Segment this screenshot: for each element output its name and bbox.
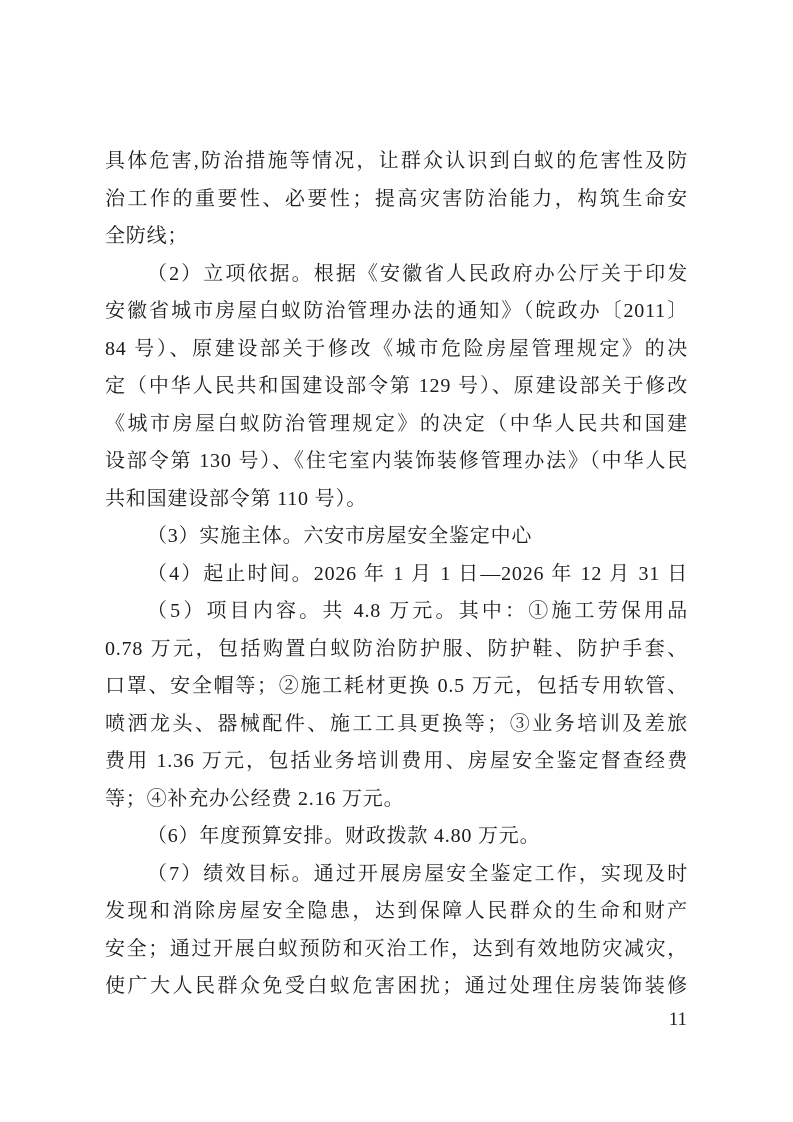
text-line: 具体危害,防治措施等情况，让群众认识到白蚁的危害性及防 <box>105 143 688 181</box>
text-line: 全防线； <box>105 218 688 256</box>
text-line: （5）项目内容。共 4.8 万元。其中：①施工劳保用品 <box>105 593 688 631</box>
text-line: 共和国建设部令第 110 号）。 <box>105 481 688 519</box>
text-line: 定（中华人民共和国建设部令第 129 号）、原建设部关于修改 <box>105 368 688 406</box>
text-line: 治工作的重要性、必要性；提高灾害防治能力，构筑生命安 <box>105 181 688 219</box>
text-line: （2）立项依据。根据《安徽省人民政府办公厅关于印发 <box>105 256 688 294</box>
text-line: 《城市房屋白蚁防治管理规定》的决定（中华人民共和国建 <box>105 406 688 444</box>
text-line: 安徽省城市房屋白蚁防治管理办法的通知》（皖政办〔2011〕 <box>105 293 688 331</box>
text-line: 费用 1.36 万元，包括业务培训费用、房屋安全鉴定督查经费 <box>105 743 688 781</box>
document-page: 具体危害,防治措施等情况，让群众认识到白蚁的危害性及防 治工作的重要性、必要性；… <box>0 0 793 1122</box>
text-line: （6）年度预算安排。财政拨款 4.80 万元。 <box>105 818 688 856</box>
text-line: 口罩、安全帽等；②施工耗材更换 0.5 万元，包括专用软管、 <box>105 668 688 706</box>
text-line: （4）起止时间。2026 年 1 月 1 日—2026 年 12 月 31 日 <box>105 556 688 594</box>
text-line: 等；④补充办公经费 2.16 万元。 <box>105 781 688 819</box>
text-line: 发现和消除房屋安全隐患，达到保障人民群众的生命和财产 <box>105 893 688 931</box>
text-line: 喷洒龙头、器械配件、施工工具更换等；③业务培训及差旅 <box>105 706 688 744</box>
document-body: 具体危害,防治措施等情况，让群众认识到白蚁的危害性及防 治工作的重要性、必要性；… <box>0 0 793 1006</box>
page-number: 11 <box>0 1008 793 1032</box>
text-line: 设部令第 130 号）、《住宅室内装饰装修管理办法》（中华人民 <box>105 443 688 481</box>
text-line: 安全；通过开展白蚁预防和灭治工作，达到有效地防灾减灾， <box>105 931 688 969</box>
text-line: （3）实施主体。六安市房屋安全鉴定中心 <box>105 518 688 556</box>
text-line: （7）绩效目标。通过开展房屋安全鉴定工作，实现及时 <box>105 856 688 894</box>
text-line: 84 号）、原建设部关于修改《城市危险房屋管理规定》的决 <box>105 331 688 369</box>
text-line: 使广大人民群众免受白蚁危害困扰；通过处理住房装饰装修 <box>105 968 688 1006</box>
text-line: 0.78 万元，包括购置白蚁防治防护服、防护鞋、防护手套、 <box>105 631 688 669</box>
